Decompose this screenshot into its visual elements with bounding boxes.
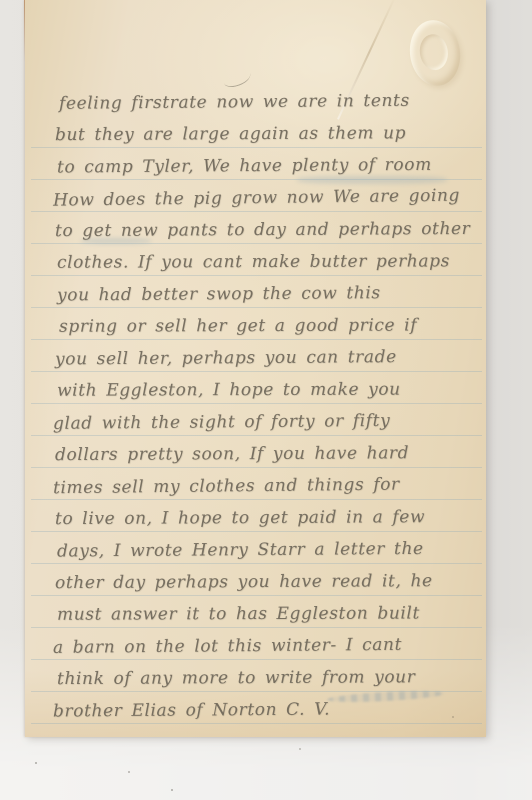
letter-body: feeling firstrate now we are in tents bu… [53,86,473,726]
letter-line: but they are large again as them up [55,117,473,151]
letter-line: think of any more to write from your [57,661,473,695]
letter-line: feeling firstrate now we are in tents [59,84,473,120]
letter-line: to live on, I hope to get paid in a few [55,501,473,535]
letter-line: other day perhaps you have read it, he [55,565,473,599]
letter-line: spring or sell her get a good price if [59,309,473,342]
letter-line: with Eggleston, I hope to make you [57,373,473,406]
letter-line: glad with the sight of forty or fifty [53,404,473,440]
embossed-seal [406,17,465,89]
letter-line: you sell her, perhaps you can trade [55,341,473,376]
letter-line: to get new pants to day and perhaps othe… [55,213,473,247]
letter-line: you had better swop the cow this [57,277,473,312]
letter-line: brother Elias of Norton C. V. [53,693,473,728]
letter-line: to camp Tyler, We have plenty of room [57,149,473,184]
letter-line: clothes. If you cant make butter perhaps [57,245,473,278]
letter-line: a barn on the lot this winter- I cant [53,628,473,664]
letter-line: days, I wrote Henry Starr a letter the [57,533,473,568]
letter-page: feeling firstrate now we are in tents bu… [25,0,486,737]
dust-specks [0,0,2,2]
letter-line: must answer it to has Eggleston built [57,597,473,630]
letter-line: How does the pig grow now We are going [53,179,473,216]
letter-line: times sell my clothes and things for [53,468,473,504]
letter-line: dollars pretty soon, If you have hard [55,437,473,471]
